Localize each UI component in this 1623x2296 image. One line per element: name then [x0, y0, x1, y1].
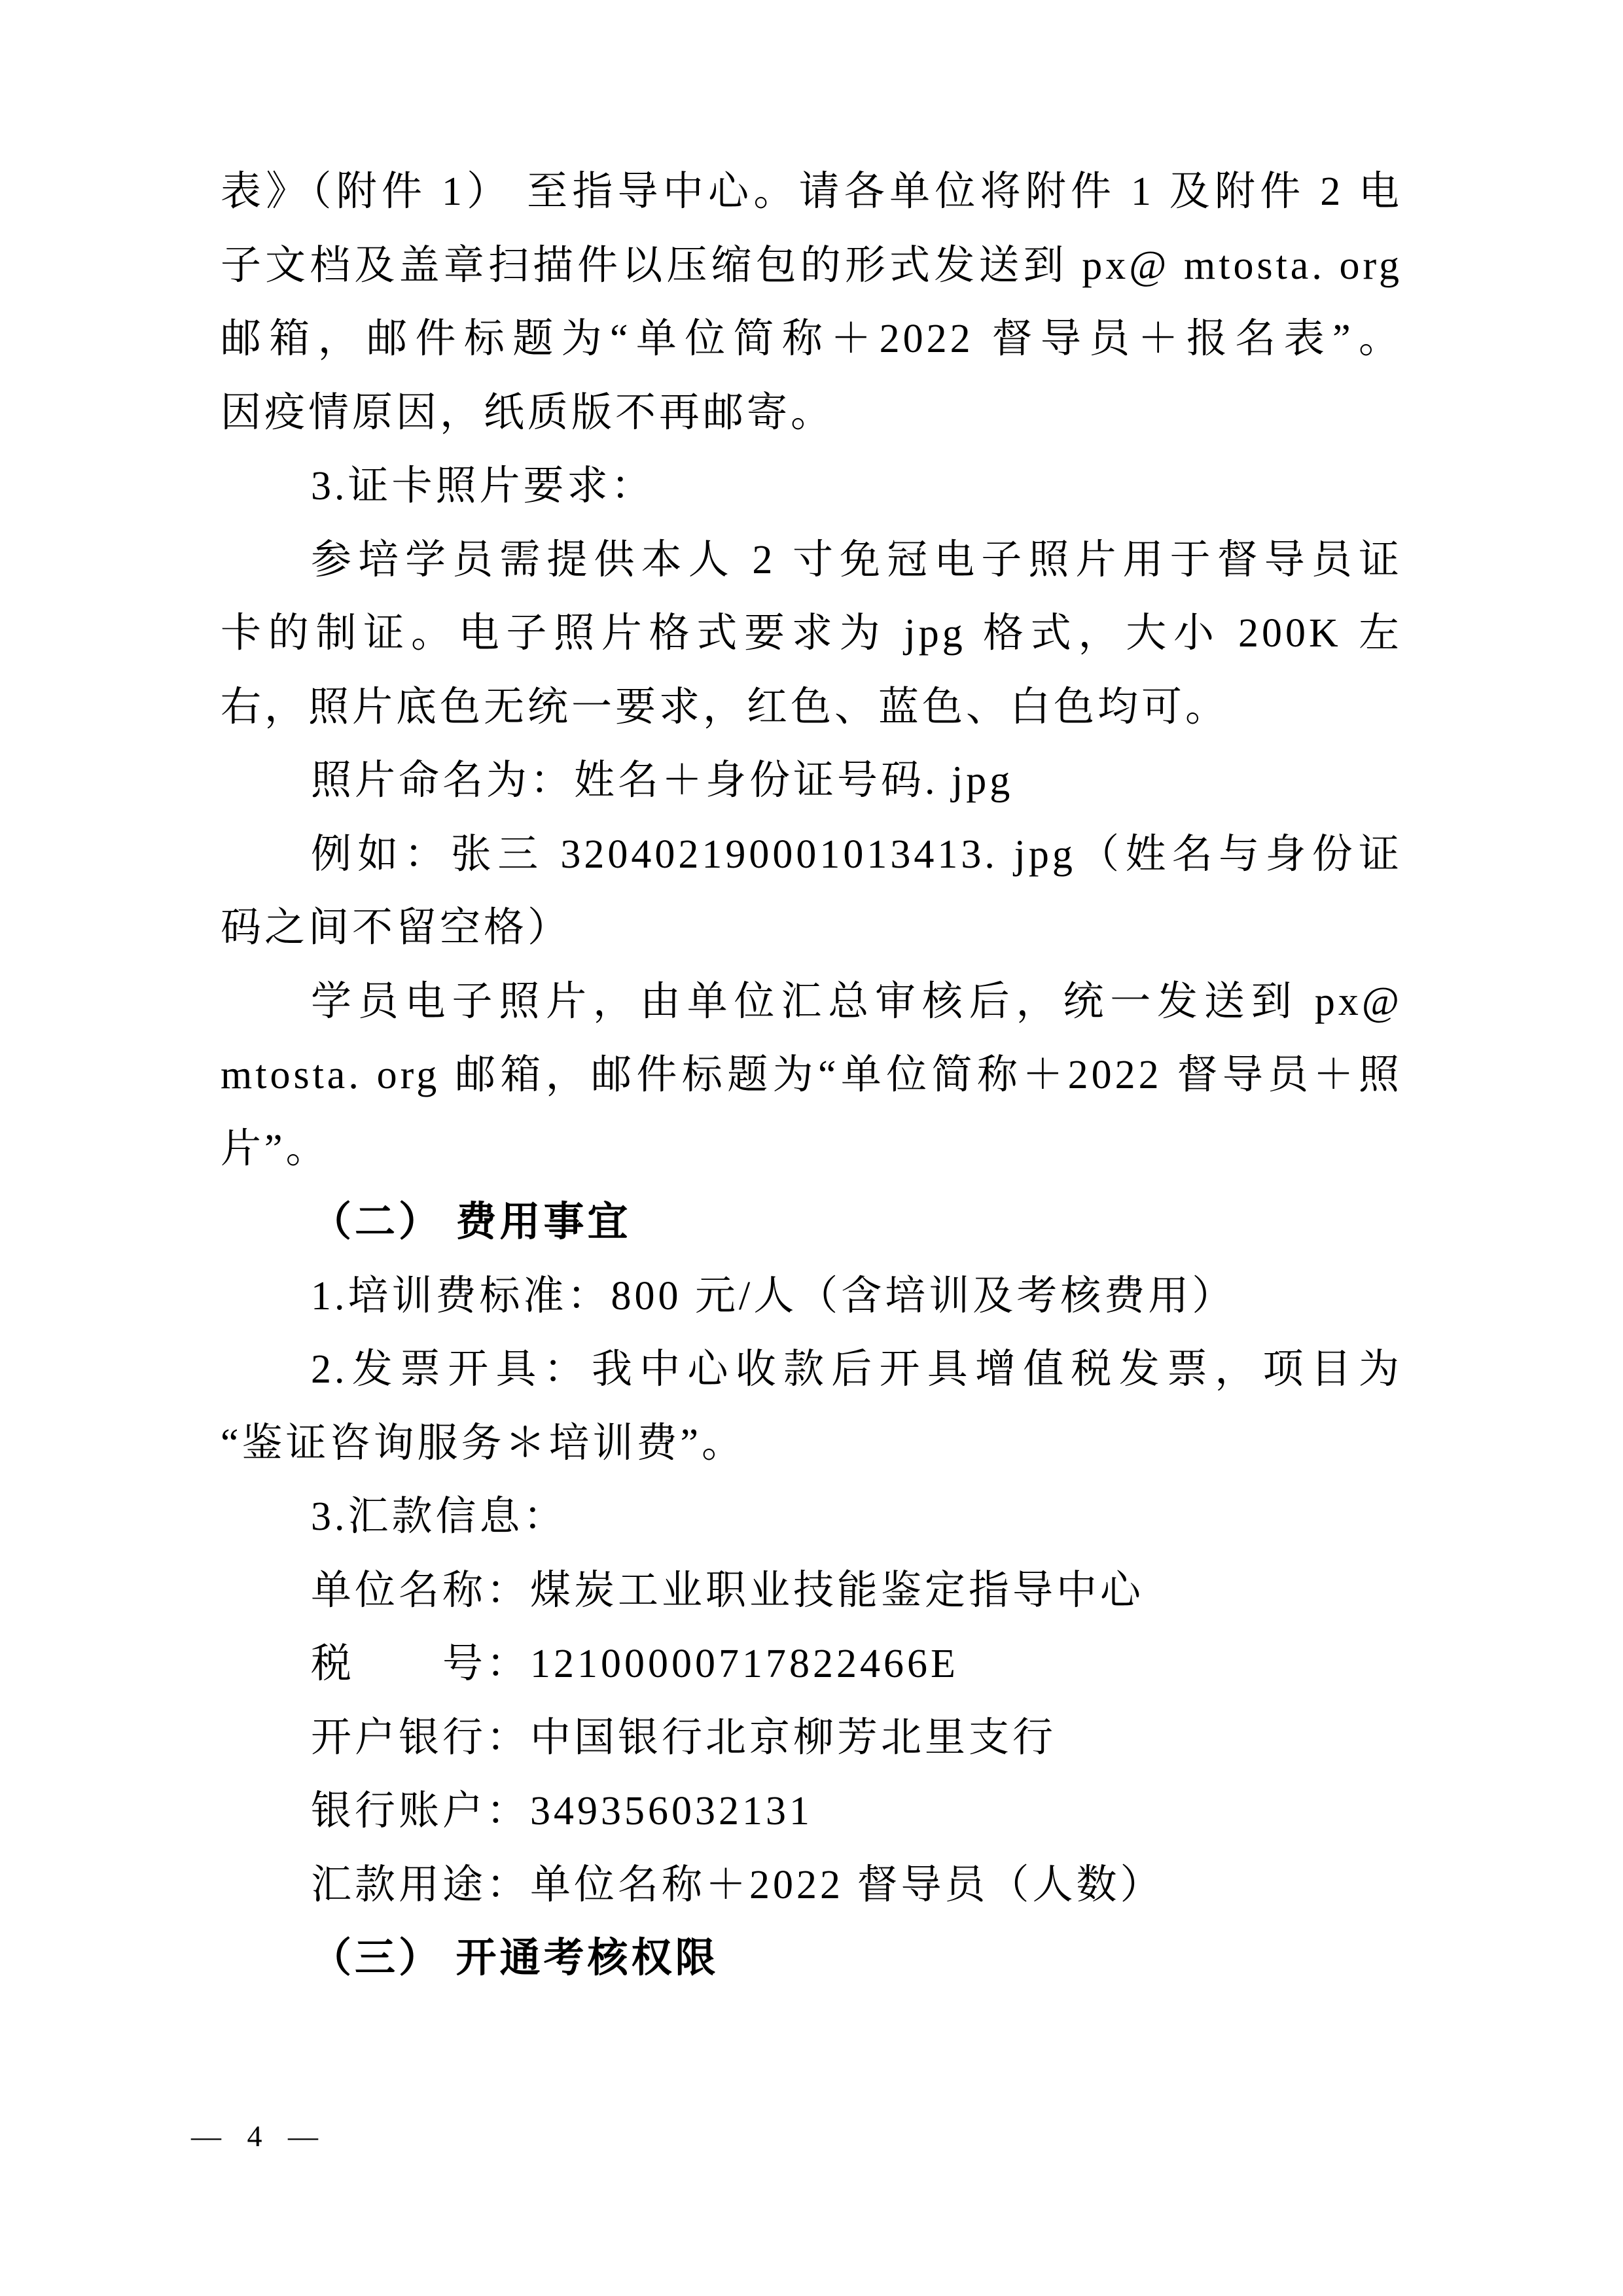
doc-line: 3.证卡照片要求：	[221, 450, 1402, 523]
doc-line: 税 号：12100000717822466E	[221, 1627, 1402, 1701]
doc-line: 卡的制证。电子照片格式要求为 jpg 格式，大小 200K 左	[221, 597, 1402, 671]
doc-line: 码之间不留空格）	[221, 891, 1402, 965]
doc-line: 开户银行：中国银行北京柳芳北里支行	[221, 1701, 1402, 1775]
doc-line: 因疫情原因，纸质版不再邮寄。	[221, 376, 1402, 450]
doc-line: 右，照片底色无统一要求，红色、蓝色、白色均可。	[221, 671, 1402, 745]
doc-line: 照片命名为：姓名＋身份证号码. jpg	[221, 744, 1402, 818]
doc-line: 2.发票开具：我中心收款后开具增值税发票，项目为	[221, 1333, 1402, 1407]
document-body: 表》（附件 1） 至指导中心。请各单位将附件 1 及附件 2 电 子文档及盖章扫…	[221, 155, 1402, 1996]
doc-section-heading: （三） 开通考核权限	[221, 1922, 1402, 1996]
document-page: 表》（附件 1） 至指导中心。请各单位将附件 1 及附件 2 电 子文档及盖章扫…	[0, 0, 1623, 2296]
doc-line: 片”。	[221, 1112, 1402, 1186]
doc-line: 单位名称：煤炭工业职业技能鉴定指导中心	[221, 1554, 1402, 1628]
doc-line: 子文档及盖章扫描件以压缩包的形式发送到 px@ mtosta. org	[221, 229, 1402, 303]
doc-line: 1.培训费标准：800 元/人（含培训及考核费用）	[221, 1260, 1402, 1333]
doc-line: 学员电子照片，由单位汇总审核后，统一发送到 px@	[221, 965, 1402, 1039]
doc-line: 邮箱，邮件标题为“单位简称＋2022 督导员＋报名表”。	[221, 302, 1402, 376]
doc-line: 3.汇款信息：	[221, 1480, 1402, 1554]
page-number: — 4 —	[191, 2119, 327, 2153]
doc-line: 表》（附件 1） 至指导中心。请各单位将附件 1 及附件 2 电	[221, 155, 1402, 229]
doc-line: 例如：张三 320402190001013413. jpg（姓名与身份证号	[221, 818, 1402, 892]
doc-section-heading: （二） 费用事宜	[221, 1186, 1402, 1260]
doc-line: 参培学员需提供本人 2 寸免冠电子照片用于督导员证	[221, 523, 1402, 597]
doc-line: 银行账户：349356032131	[221, 1775, 1402, 1848]
doc-line: mtosta. org 邮箱，邮件标题为“单位简称＋2022 督导员＋照	[221, 1038, 1402, 1112]
doc-line: 汇款用途：单位名称＋2022 督导员（人数）	[221, 1848, 1402, 1922]
doc-line: “鉴证咨询服务＊培训费”。	[221, 1407, 1402, 1481]
